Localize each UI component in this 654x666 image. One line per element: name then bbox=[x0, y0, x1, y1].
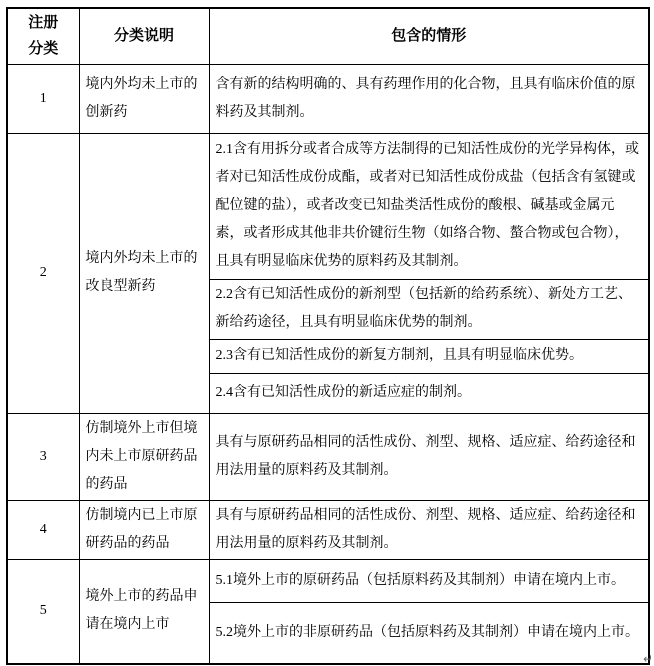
description-cell: 仿制境内已上市原研药品的药品 bbox=[79, 500, 209, 559]
document-page: { "table": { "header": { "col1_lines": [… bbox=[0, 0, 654, 666]
situation-cell: 5.1境外上市的原研药品（包括原料药及其制剂）申请在境内上市。 bbox=[209, 559, 649, 602]
category-cell: 1 bbox=[7, 64, 79, 133]
header-registration-category-line1: 注册 bbox=[10, 10, 77, 36]
header-registration-category: 注册 分类 bbox=[7, 8, 79, 64]
situation-cell: 2.3含有已知活性成份的新复方制剂，且具有明显临床优势。 bbox=[209, 339, 649, 373]
description-cell: 境内外均未上市的创新药 bbox=[79, 64, 209, 133]
table-row: 2 境内外均未上市的改良型新药 2.1含有用拆分或者合成等方法制得的已知活性成份… bbox=[7, 133, 649, 279]
situation-cell: 含有新的结构明确的、具有药理作用的化合物，且具有临床价值的原料药及其制剂。 bbox=[209, 64, 649, 133]
category-cell: 4 bbox=[7, 500, 79, 559]
header-classification-description: 分类说明 bbox=[79, 8, 209, 64]
category-cell: 3 bbox=[7, 413, 79, 500]
situation-cell: 5.2境外上市的非原研药品（包括原料药及其制剂）申请在境内上市。 bbox=[209, 602, 649, 664]
description-cell: 仿制境外上市但境内未上市原研药品的药品 bbox=[79, 413, 209, 500]
situation-cell: 2.4含有已知活性成份的新适应症的制剂。 bbox=[209, 373, 649, 413]
registration-classification-table: 注册 分类 分类说明 包含的情形 1 境内外均未上市的创新药 含有新的结构明确的… bbox=[6, 7, 650, 665]
situation-cell: 具有与原研药品相同的活性成份、剂型、规格、适应症、给药途径和用法用量的原料药及其… bbox=[209, 500, 649, 559]
paragraph-return-mark: ↵ bbox=[643, 653, 653, 665]
description-cell: 境外上市的药品申请在境内上市 bbox=[79, 559, 209, 664]
description-cell: 境内外均未上市的改良型新药 bbox=[79, 133, 209, 413]
situation-cell: 具有与原研药品相同的活性成份、剂型、规格、适应症、给药途径和用法用量的原料药及其… bbox=[209, 413, 649, 500]
header-registration-category-line2: 分类 bbox=[10, 36, 77, 62]
table-row: 3 仿制境外上市但境内未上市原研药品的药品 具有与原研药品相同的活性成份、剂型、… bbox=[7, 413, 649, 500]
category-cell: 2 bbox=[7, 133, 79, 413]
category-cell: 5 bbox=[7, 559, 79, 664]
header-included-situations: 包含的情形 bbox=[209, 8, 649, 64]
situation-cell: 2.1含有用拆分或者合成等方法制得的已知活性成份的光学异构体，或者对已知活性成份… bbox=[209, 133, 649, 279]
table-row: 1 境内外均未上市的创新药 含有新的结构明确的、具有药理作用的化合物，且具有临床… bbox=[7, 64, 649, 133]
table-row: 5 境外上市的药品申请在境内上市 5.1境外上市的原研药品（包括原料药及其制剂）… bbox=[7, 559, 649, 602]
situation-cell: 2.2含有已知活性成份的新剂型（包括新的给药系统）、新处方工艺、新给药途径，且具… bbox=[209, 279, 649, 339]
header-row: 注册 分类 分类说明 包含的情形 bbox=[7, 8, 649, 64]
table-row: 4 仿制境内已上市原研药品的药品 具有与原研药品相同的活性成份、剂型、规格、适应… bbox=[7, 500, 649, 559]
